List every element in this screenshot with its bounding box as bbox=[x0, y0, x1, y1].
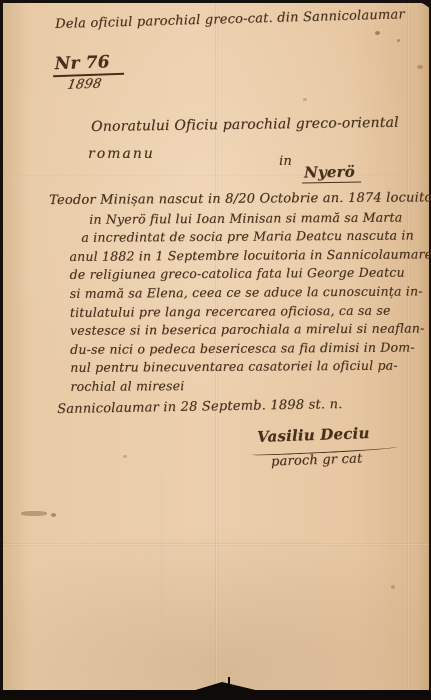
body-line: nul pentru binecuventarea casatoriei la … bbox=[50, 357, 431, 378]
address-preposition: in bbox=[279, 154, 292, 169]
header-line: Dela oficiul parochial greco-cat. din Sa… bbox=[55, 7, 405, 32]
paper-stain bbox=[417, 65, 423, 69]
fold-crease-vertical-right bbox=[369, 463, 372, 690]
fold-crease-vertical-left bbox=[161, 473, 164, 690]
body-line: vestesce si in beserica parochiala a mir… bbox=[50, 319, 431, 340]
body-paragraph: Teodor Minișan nascut in 8/20 Octobrie a… bbox=[49, 189, 431, 396]
document-number: Nr 76 1898 bbox=[52, 52, 124, 93]
fold-crease-horizontal bbox=[3, 543, 429, 546]
body-line: si mamă sa Elena, ceea ce se aduce la cu… bbox=[50, 282, 431, 303]
signature-title: paroch gr cat bbox=[271, 451, 363, 469]
paper-stain bbox=[123, 455, 127, 458]
address-line-2: romanu bbox=[88, 146, 155, 162]
scanned-document: { "colors": { "paper": "#e7c7a4", "ink":… bbox=[0, 0, 431, 700]
scan-edge-left bbox=[0, 0, 3, 700]
scan-edge-bottom bbox=[0, 690, 431, 700]
paper-stain bbox=[391, 585, 395, 589]
document-number-year: 1898 bbox=[66, 76, 126, 93]
body-line: Teodor Minișan nascut in 8/20 Octobrie a… bbox=[49, 189, 431, 210]
paper-stain bbox=[303, 98, 307, 101]
paper-stain bbox=[375, 31, 380, 35]
signature-name: Vasiliu Deciu bbox=[257, 424, 370, 446]
paper-stain bbox=[51, 513, 56, 517]
document-number-label: Nr 76 bbox=[52, 52, 124, 77]
body-line: rochial al miresei bbox=[50, 375, 431, 396]
paper-tear-bump bbox=[192, 682, 260, 691]
body-line: a incredintat de socia pre Maria Deatcu … bbox=[49, 226, 431, 247]
date-line: Sannicolaumar in 28 Septemb. 1898 st. n. bbox=[57, 397, 343, 417]
address-place: Nyerö bbox=[302, 162, 361, 183]
paper-stain bbox=[21, 511, 47, 516]
scan-edge-top bbox=[0, 0, 431, 3]
paper-tear-spike bbox=[228, 677, 230, 684]
address-line-1: Onoratului Oficiu parochial greco-orient… bbox=[91, 115, 399, 135]
fold-crease-horizontal-upper bbox=[3, 175, 429, 178]
paper-stain bbox=[397, 39, 400, 42]
paper-sheet: Dela oficiul parochial greco-cat. din Sa… bbox=[3, 3, 429, 690]
